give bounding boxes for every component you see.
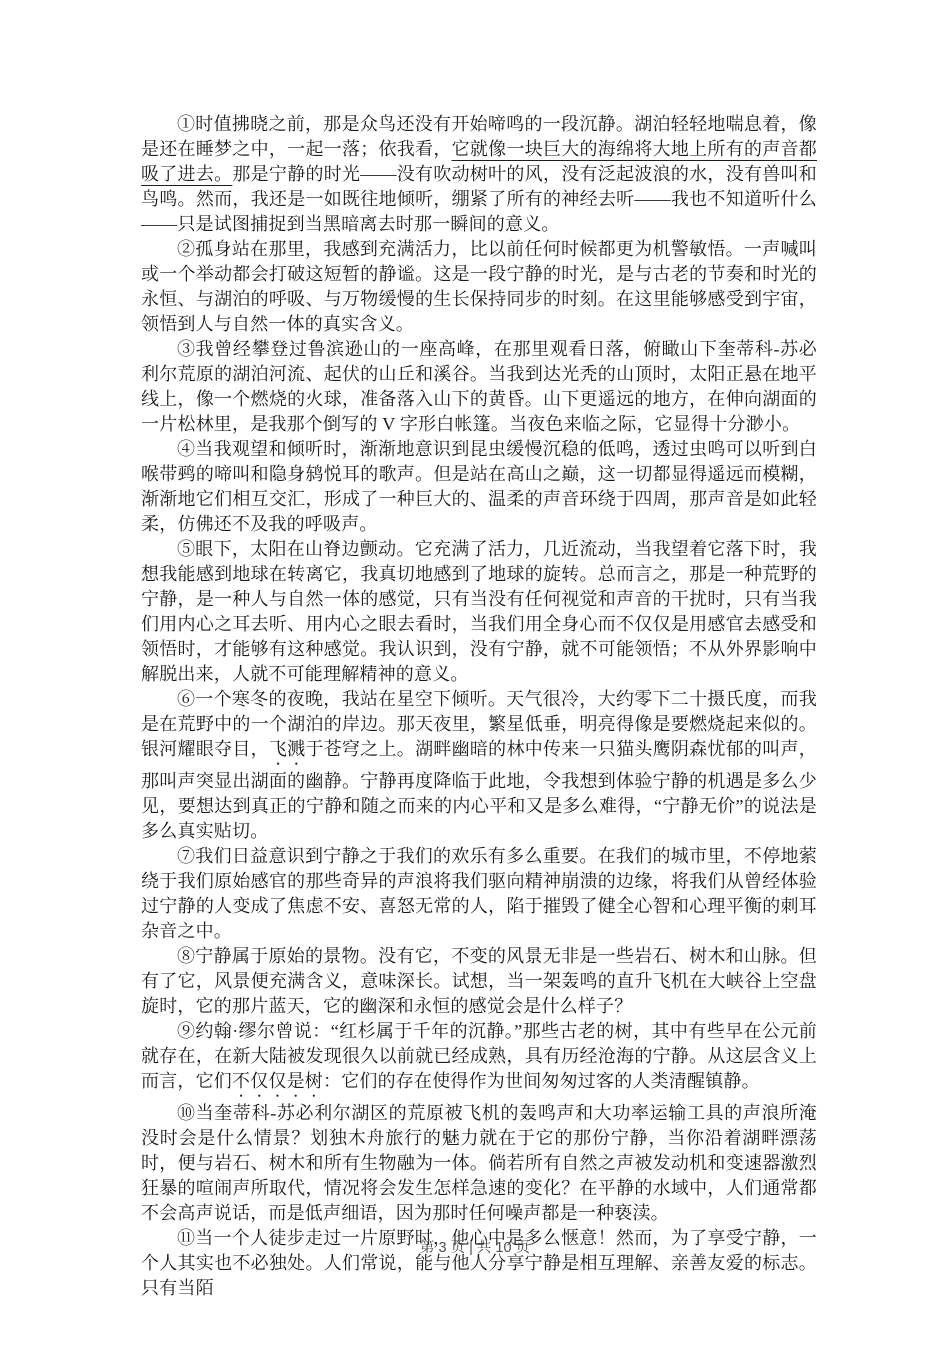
reading-passage: ①时值拂晓之前，那是众鸟还没有开始啼鸣的一段沉静。湖泊轻轻地喘息着，像是还在睡梦… [141, 112, 817, 1301]
paragraph-2: ②孤身站在那里，我感到充满活力，比以前任何时候都更为机警敏悟。一声喊叫或一个举动… [141, 237, 817, 337]
text-segment: ⑩当奎蒂科-苏必利尔湖区的荒原被飞机的轰鸣声和大功率运输工具的声浪所淹没时会是什… [141, 1103, 817, 1223]
text-segment: 那是宁静的时光——没有吹动树叶的风，没有泛起波浪的水，没有兽叫和鸟鸣。然而，我还… [141, 164, 817, 234]
text-segment: ：它们的存在使得作为世间匆匆过客的人类清醒镇静。 [323, 1071, 760, 1091]
paragraph-9: ⑨约翰·缪尔曾说：“红杉属于千年的沉静。”那些古老的树，其中有些早在公元前就存在… [141, 1019, 817, 1101]
paragraph-3: ③我曾经攀登过鲁滨逊山的一座高峰，在那里观看日落，俯瞰山下奎蒂科-苏必利尔荒原的… [141, 337, 817, 437]
text-segment: ⑧宁静属于原始的景物。没有它，不变的风景无非是一些岩石、树木和山脉。但有了它，风… [141, 946, 817, 1016]
paragraph-5: ⑤眼下，太阳在山脊边颤动。它充满了活力，几近流动，当我望着它落下时，我想我能感到… [141, 537, 817, 687]
paragraph-8: ⑧宁静属于原始的景物。没有它，不变的风景无非是一些岩石、树木和山脉。但有了它，风… [141, 944, 817, 1019]
paragraph-1: ①时值拂晓之前，那是众鸟还没有开始啼鸣的一段沉静。湖泊轻轻地喘息着，像是还在睡梦… [141, 112, 817, 237]
text-segment: ⑦我们日益意识到宁静之于我们的欢乐有多么重要。在我们的城市里，不停地萦绕于我们原… [141, 846, 817, 941]
paragraph-6: ⑥一个寒冬的夜晚，我站在星空下倾听。天气很冷，大约零下二十摄氏度，而我是在荒野中… [141, 687, 817, 844]
text-segment: ③我曾经攀登过鲁滨逊山的一座高峰，在那里观看日落，俯瞰山下奎蒂科-苏必利尔荒原的… [141, 339, 817, 434]
text-segment: ②孤身站在那里，我感到充满活力，比以前任何时候都更为机警敏悟。一声喊叫或一个举动… [141, 239, 817, 334]
text-segment: ⑤眼下，太阳在山脊边颤动。它充满了活力，几近流动，当我望着它落下时，我想我能感到… [141, 539, 817, 684]
paragraph-7: ⑦我们日益意识到宁静之于我们的欢乐有多么重要。在我们的城市里，不停地萦绕于我们原… [141, 844, 817, 944]
emphasized-text: 飞溅 [269, 739, 306, 759]
emphasized-text: 不仅仅是树 [232, 1071, 323, 1091]
paragraph-4: ④当我观望和倾听时，渐渐地意识到昆虫缓慢沉稳的低鸣，透过虫鸣可以听到白喉带鹀的啼… [141, 437, 817, 537]
text-segment: ④当我观望和倾听时，渐渐地意识到昆虫缓慢沉稳的低鸣，透过虫鸣可以听到白喉带鹀的啼… [141, 439, 817, 534]
paragraph-10: ⑩当奎蒂科-苏必利尔湖区的荒原被飞机的轰鸣声和大功率运输工具的声浪所淹没时会是什… [141, 1101, 817, 1226]
document-page: ①时值拂晓之前，那是众鸟还没有开始啼鸣的一段沉静。湖泊轻轻地喘息着，像是还在睡梦… [0, 0, 950, 1346]
page-footer: 第 3 页 | 共 10 页 [0, 1238, 950, 1258]
